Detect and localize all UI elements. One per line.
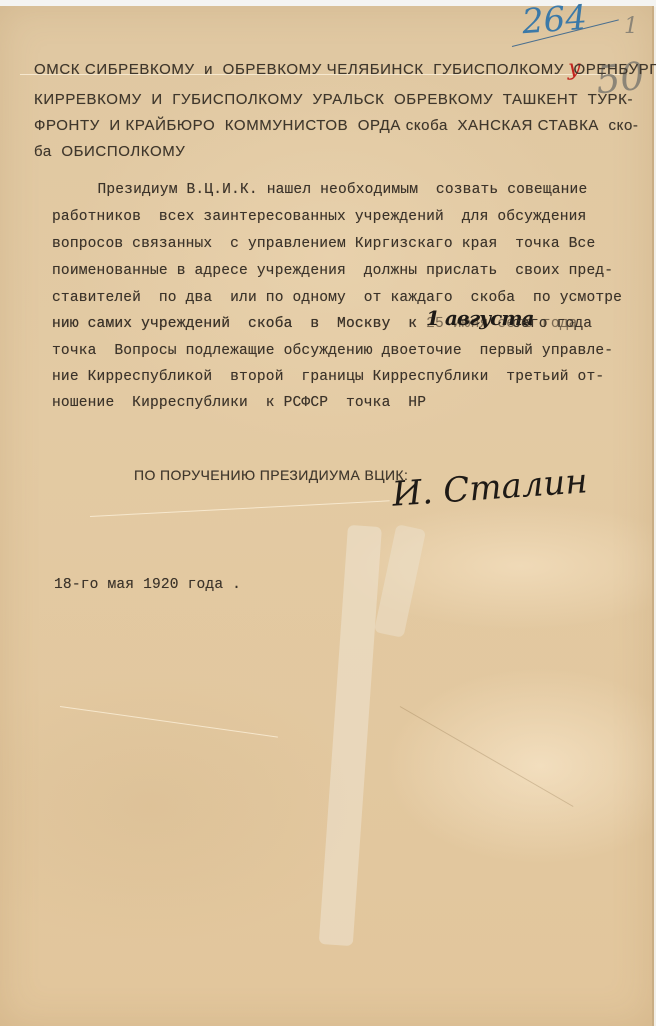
pencil-page-number: 1 [624,14,638,39]
address-line: ОМСК СИБРЕВКОМУ и ОБРЕВКОМУ ЧЕЛЯБИНСК ГУ… [34,61,656,78]
address-line: ба ОБИСПОЛКОМУ [34,143,185,160]
body-line-part: нию самих учреждений скоба в Москву к [52,316,417,332]
handwritten-signature: И. Сталин [391,461,589,515]
body-line: точка Вопросы подлежащие обсуждению двое… [52,343,613,359]
body-line: ношение Кирреспублики к РСФСР точка НР [52,395,426,411]
repair-tape-upper [374,524,426,638]
paper-crease [400,706,574,807]
document-sheet: 264 1 50 у ОМСК СИБРЕВКОМУ и ОБРЕВКОМУ Ч… [0,6,654,1026]
body-line-part: сего года [512,316,592,332]
body-line: работников всех заинтересованных учрежде… [52,209,586,225]
body-line: поименованные в адресе учреждения должны… [52,263,613,279]
paper-crease [90,500,390,517]
body-line: ставителей по два или по одному от кажда… [52,290,622,306]
body-line: Президиум В.Ц.И.К. нашел необходимым соз… [44,182,587,198]
signature-label: ПО ПОРУЧЕНИЮ ПРЕЗИДИУМА ВЦИК: [134,467,408,483]
body-line: ние Кирреспубликой второй границы Киррес… [52,369,604,385]
repair-tape [319,525,382,946]
date-line: 18-го мая 1920 года . [54,577,241,593]
address-line: ФРОНТУ И КРАЙБЮРО КОММУНИСТОВ ОРДА скоба… [34,117,639,134]
address-line: КИРРЕВКОМУ И ГУБИСПОЛКОМУ УРАЛЬСК ОБРЕВК… [34,91,633,108]
paper-crease [60,706,278,738]
body-line: вопросов связанных с управлением Киргизс… [52,236,595,252]
